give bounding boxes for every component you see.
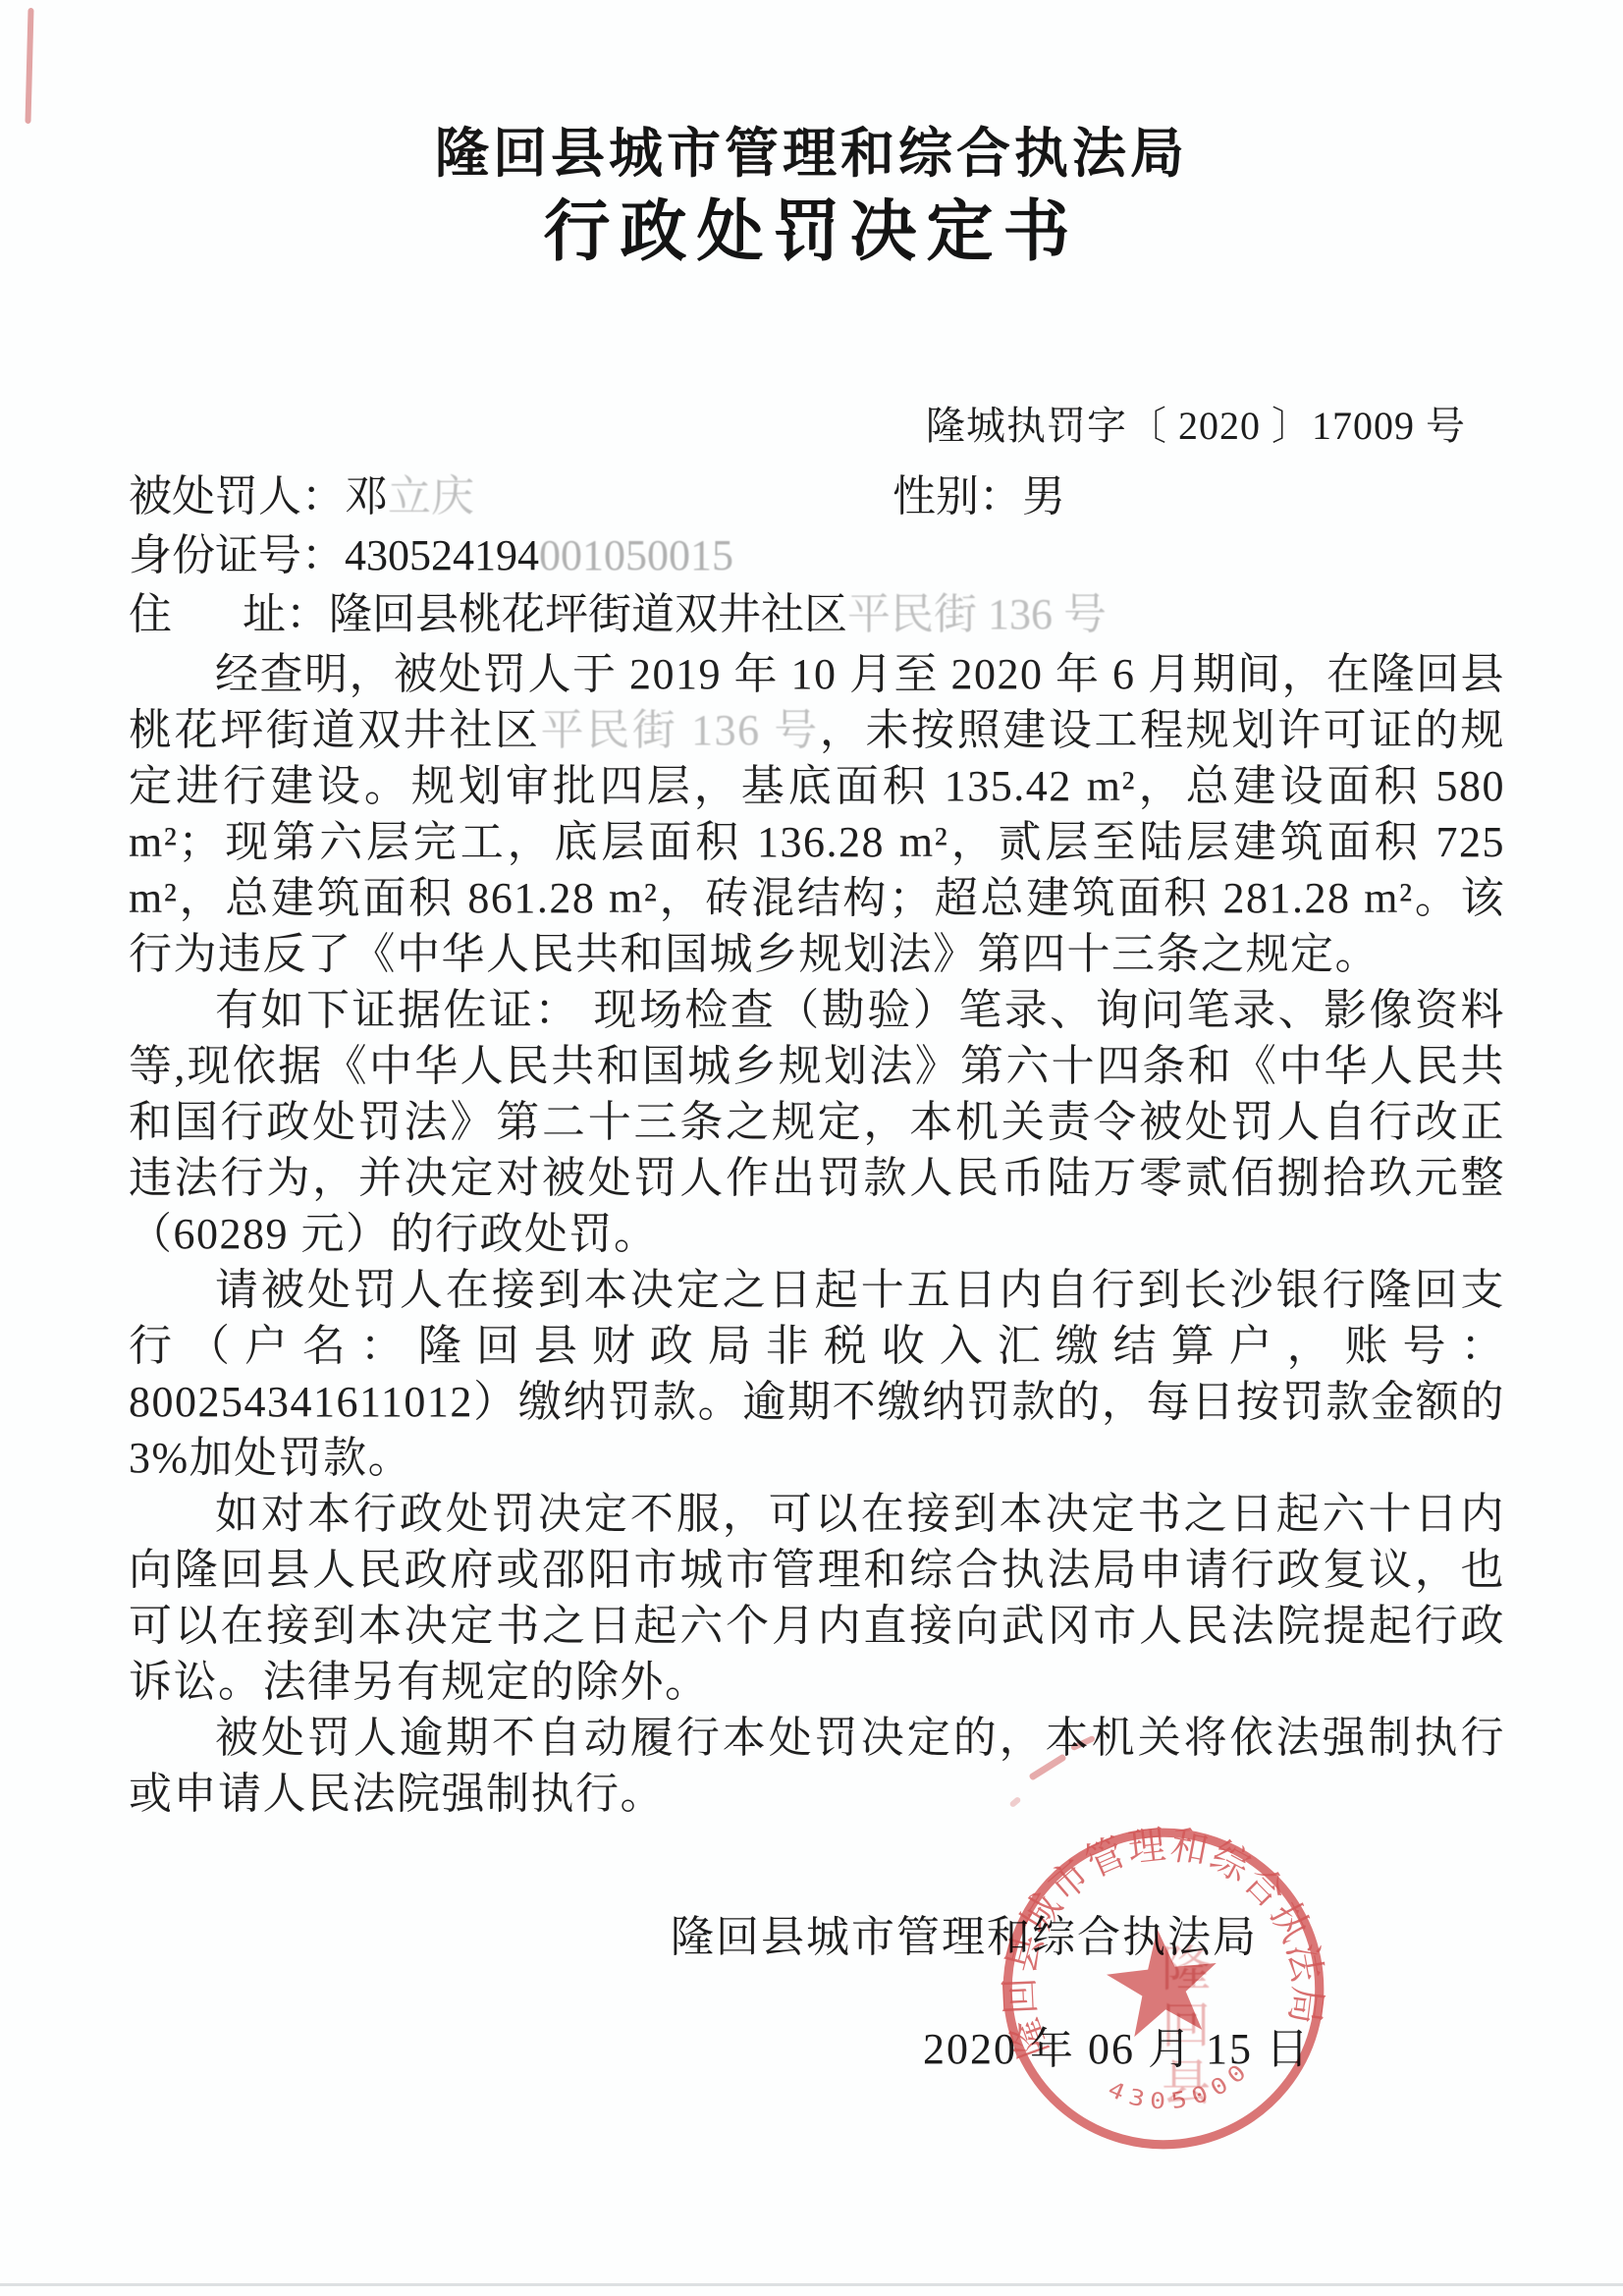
gender-value: 男: [1022, 472, 1065, 520]
document-body: 经查明，被处罚人于 2019 年 10 月至 2020 年 6 月期间，在隆回县…: [129, 646, 1505, 1822]
seal-ghost-impression: 隆回县: [1147, 1942, 1217, 2139]
paragraph-evidence-decision: 有如下证据佐证： 现场检查（勘验）笔录、询问笔录、影像资料等,现依据《中华人民共…: [129, 982, 1505, 1262]
document-type-title: 行政处罚决定书: [0, 179, 1623, 274]
penalized-name: 邓: [345, 472, 388, 520]
paragraph-findings: 经查明，被处罚人于 2019 年 10 月至 2020 年 6 月期间，在隆回县…: [129, 646, 1505, 982]
agency-title: 隆回县城市管理和综合执法局: [0, 110, 1623, 188]
id-value-faded: 001050015: [539, 531, 733, 579]
document-number: 隆城执罚字〔 2020 〕17009 号: [926, 395, 1466, 451]
scan-edge-artifact: [0, 2283, 1623, 2286]
address-label-2: 址：: [243, 590, 329, 638]
scan-artifact-red-mark: [25, 8, 33, 124]
address-value: 隆回县桃花坪街道双井社区: [329, 590, 847, 638]
paragraph-findings-faded-address: 平民街 136 号: [541, 706, 820, 754]
address-row: 住址：隆回县桃花坪街道双井社区平民街 136 号: [129, 585, 1513, 644]
penalty-decision-document: 隆回县城市管理和综合执法局 行政处罚决定书 隆城执罚字〔 2020 〕17009…: [0, 0, 1623, 2296]
paragraph-payment-instructions: 请被处罚人在接到本决定之日起十五日内自行到长沙银行隆回支行（户名：隆回县财政局非…: [129, 1262, 1505, 1486]
penalized-label: 被处罚人：: [129, 472, 345, 520]
address-label-1: 住: [129, 590, 172, 638]
penalized-person-row: 被处罚人：邓立庆 性别：男: [129, 467, 1513, 526]
id-number-row: 身份证号：430524194001050015: [129, 526, 1513, 585]
id-label: 身份证号：: [129, 531, 345, 579]
paragraph-appeal-rights: 如对本行政处罚决定不服，可以在接到本决定书之日起六十日内向隆回县人民政府或邵阳市…: [129, 1486, 1505, 1710]
penalized-name-faded: 立庆: [388, 472, 474, 520]
info-block: 被处罚人：邓立庆 性别：男 身份证号：430524194001050015 住址…: [129, 467, 1513, 644]
address-value-faded: 平民街 136 号: [847, 590, 1107, 638]
id-value: 430524194: [345, 531, 539, 579]
gender-field: 性别：男: [893, 467, 1065, 526]
gender-label: 性别：: [893, 472, 1022, 520]
